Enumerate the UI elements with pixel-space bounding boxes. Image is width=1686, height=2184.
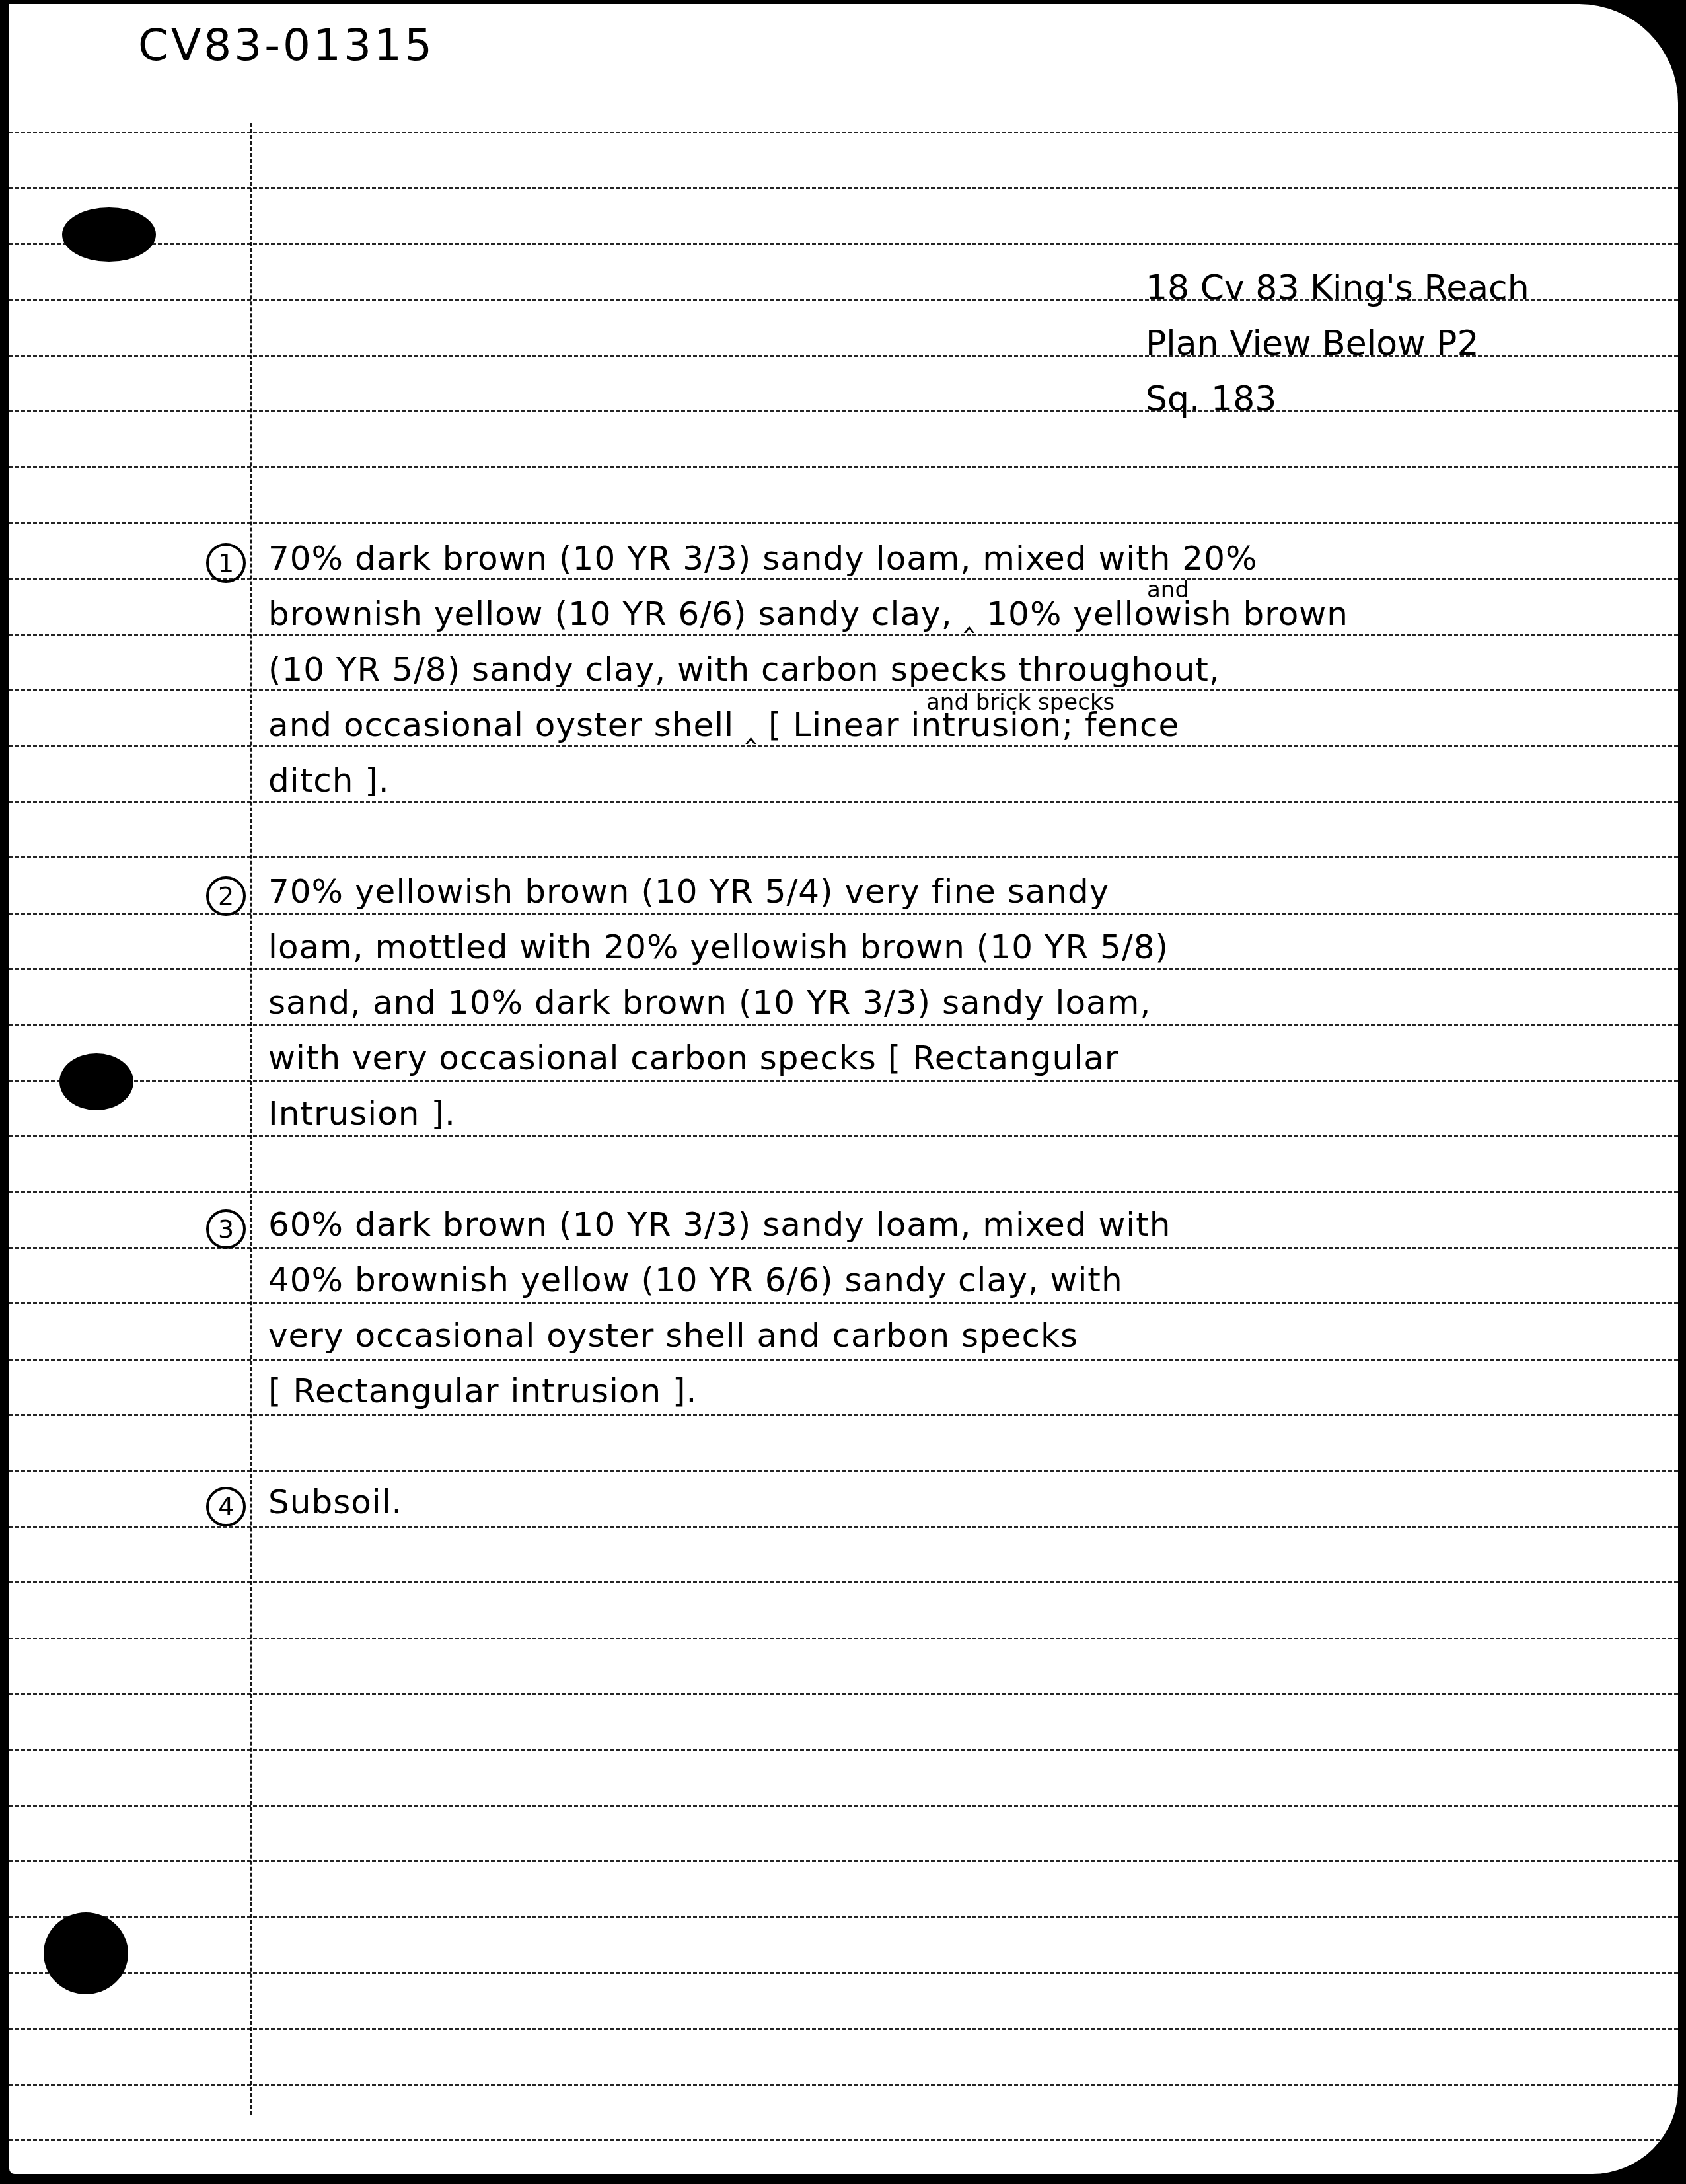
ruled-line	[9, 1135, 1678, 1137]
entry-1-line-3: (10 YR 5/8) sandy clay, with carbon spec…	[268, 653, 1220, 686]
ruled-line	[9, 745, 1678, 747]
entry-3-line-4: [ Rectangular intrusion ].	[268, 1374, 697, 1408]
ruled-line	[9, 968, 1678, 970]
header-view: Plan View Below P2	[1146, 326, 1479, 361]
entry-2-line-4: with very occasional carbon specks [ Rec…	[268, 1041, 1118, 1074]
ruled-line	[9, 1916, 1678, 1918]
document-id: CV83-01315	[138, 24, 435, 67]
ruled-line	[9, 1749, 1678, 1751]
entry-3-line-3: very occasional oyster shell and carbon …	[268, 1319, 1078, 1352]
ruled-line	[9, 132, 1678, 133]
ruled-line	[9, 913, 1678, 915]
entry-3-line-1: 60% dark brown (10 YR 3/3) sandy loam, m…	[268, 1208, 1171, 1241]
ruled-line	[9, 1805, 1678, 1807]
entry-3-line-2: 40% brownish yellow (10 YR 6/6) sandy cl…	[268, 1263, 1123, 1297]
ruled-line	[9, 2139, 1678, 2141]
entry-1-line-5: ditch ].	[268, 764, 390, 797]
ruled-line	[9, 1860, 1678, 1862]
ruled-line	[9, 1359, 1678, 1361]
ruled-line	[9, 1191, 1678, 1193]
ruled-line	[9, 2028, 1678, 2030]
punch-hole-bottom	[44, 1912, 128, 1994]
ruled-line	[9, 578, 1678, 580]
entry-2-line-2: loam, mottled with 20% yellowish brown (…	[268, 930, 1169, 963]
entry-number-3: 3	[206, 1209, 246, 1249]
ruled-line	[9, 1470, 1678, 1472]
entry-2-line-1: 70% yellowish brown (10 YR 5/4) very fin…	[268, 875, 1109, 908]
ruled-line	[9, 689, 1678, 691]
ruled-line	[9, 187, 1678, 189]
ruled-line	[9, 1972, 1678, 1974]
ruled-line	[9, 1302, 1678, 1304]
ruled-line	[9, 1693, 1678, 1695]
ruled-line	[9, 466, 1678, 468]
ruled-line	[9, 801, 1678, 803]
ruled-line	[9, 522, 1678, 524]
header-square: Sq. 183	[1146, 382, 1276, 416]
margin-line	[250, 123, 252, 2115]
ruled-line	[9, 1080, 1678, 1082]
ruled-line	[9, 1024, 1678, 1026]
entry-number-2: 2	[206, 876, 246, 916]
ruled-line	[9, 410, 1678, 412]
entry-4-line-1: Subsoil.	[268, 1486, 402, 1519]
entry-1-line-4: and occasional oyster shell ‸ [ Linear i…	[268, 708, 1179, 741]
entry-2-line-5: Intrusion ].	[268, 1097, 456, 1130]
punch-hole-top	[62, 207, 156, 262]
ruled-line	[9, 1638, 1678, 1639]
entry-number-1: 1	[206, 543, 246, 583]
entry-1-line-2: brownish yellow (10 YR 6/6) sandy clay, …	[268, 597, 1348, 630]
punch-hole-middle	[59, 1053, 133, 1110]
ruled-line	[9, 1414, 1678, 1416]
entry-number-4: 4	[206, 1487, 246, 1526]
ruled-line	[9, 2084, 1678, 2086]
ruled-line	[9, 1526, 1678, 1528]
ruled-line	[9, 634, 1678, 636]
entry-2-line-3: sand, and 10% dark brown (10 YR 3/3) san…	[268, 986, 1151, 1019]
ruled-line	[9, 856, 1678, 858]
notebook-page: CV83-01315 18 Cv 83 King's Reach Plan Vi…	[9, 4, 1678, 2174]
entry-1-line-1: 70% dark brown (10 YR 3/3) sandy loam, m…	[268, 542, 1258, 575]
header-site: 18 Cv 83 King's Reach	[1146, 271, 1529, 305]
ruled-line	[9, 243, 1678, 245]
ruled-line	[9, 1247, 1678, 1249]
ruled-line	[9, 1581, 1678, 1583]
